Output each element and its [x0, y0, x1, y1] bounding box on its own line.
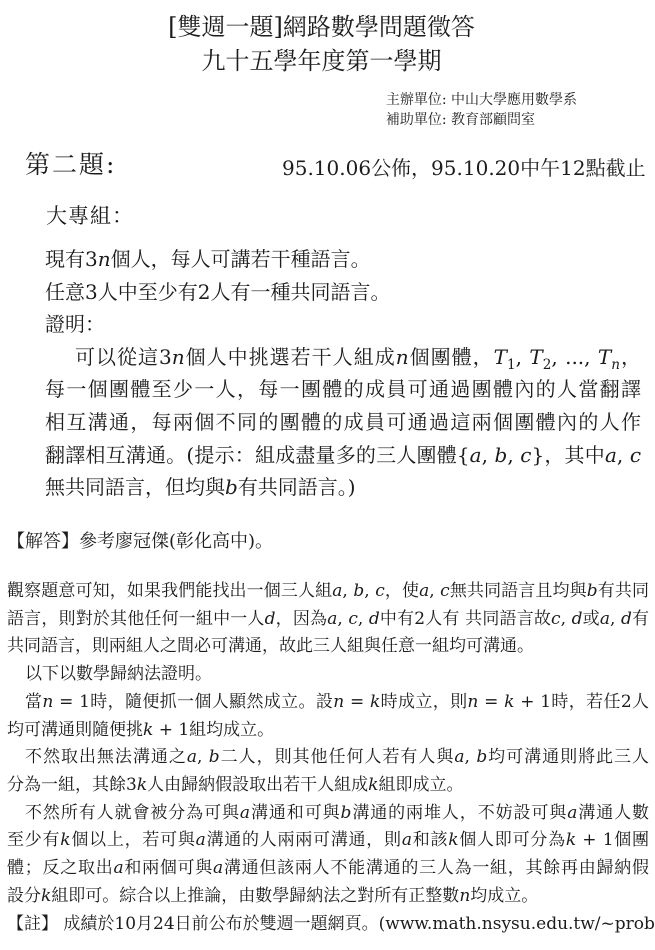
problem-line: 無共同語言，但均與b有共同語言。): [45, 471, 641, 504]
footer-note: 【註】 成績於10月24日前公布於雙週一題網頁。(www.math.nsysu.…: [7, 911, 651, 937]
solution-line: 分為一組，其餘3k人由歸納假設取出若干人組成k組即成立。: [7, 772, 649, 800]
solution-line: 共同語言，則兩組人之間必可溝通，故此三人組與任意一組均可溝通。: [7, 633, 649, 661]
solution-body: 觀察題意可知，如果我們能找出一個三人組a, b, c，使a, c無共同語言且均與…: [7, 578, 649, 910]
document-page: { "doc": { "title_line1": "[雙週一題]網路數學問題徵…: [0, 0, 655, 950]
problem-line: 每一個團體至少一人，每一團體的成員可通過團體內的人當翻譯: [45, 373, 641, 406]
solution-line: 觀察題意可知，如果我們能找出一個三人組a, b, c，使a, c無共同語言且均與…: [7, 578, 649, 606]
solution-line: 不然取出無法溝通之a, b二人，則其他任何人若有人與a, b均可溝通則將此三人: [7, 744, 649, 772]
solution-line: 以下以數學歸納法證明。: [7, 661, 649, 689]
solution-line: 體；反之取出a和兩個可與a溝通但該兩人不能溝通的三人為一組，其餘再由歸納假: [7, 855, 649, 883]
document-title-line2: 九十五學年度第一學期: [0, 44, 643, 78]
document-title: [雙週一題]網路數學問題徵答 九十五學年度第一學期: [0, 10, 643, 78]
problem-line: 證明：: [45, 308, 641, 341]
problem-statement: 現有3n個人，每人可講若干種語言。 任意3人中至少有2人有一種共同語言。 證明：…: [45, 243, 641, 504]
solution-line: 至少有k個以上，若可與a溝通的人兩兩可溝通，則a和該k個人即可分為k + 1個團: [7, 827, 649, 855]
problem-number-label: 第二題:: [25, 150, 116, 180]
organization-block: 主辦單位: 中山大學應用數學系 補助單位: 教育部顧問室: [386, 90, 577, 130]
group-label: 大專組：: [46, 202, 134, 230]
solution-line: 當n = 1時，隨便抓一個人顯然成立。設n = k時成立，則n = k + 1時…: [7, 689, 649, 717]
publish-deadline-dates: 95.10.06公佈，95.10.20中午12點截止: [282, 155, 646, 181]
organizer-line: 主辦單位: 中山大學應用數學系: [386, 90, 577, 110]
document-title-line1: [雙週一題]網路數學問題徵答: [0, 10, 643, 44]
solution-header: 【解答】參考廖冠傑(彰化高中)。: [7, 529, 273, 555]
problem-line: 任意3人中至少有2人有一種共同語言。: [45, 276, 641, 309]
solution-line: 語言，則對於其他任何一組中一人d，因為a, c, d中有2人有 共同語言故c, …: [7, 606, 649, 634]
solution-line: 不然所有人就會被分為可與a溝通和可與b溝通的兩堆人，不妨設可與a溝通人數: [7, 800, 649, 828]
problem-line: 現有3n個人，每人可講若干種語言。: [45, 243, 641, 276]
solution-line: 設分k組即可。綜合以上推論，由數學歸納法之對所有正整數n均成立。: [7, 883, 649, 911]
solution-line: 均可溝通則隨便挑k + 1組均成立。: [7, 717, 649, 745]
problem-line: 可以從這3n個人中挑選若干人組成n個團體，T1, T2, ..., Tn，: [45, 341, 641, 374]
problem-line: 相互溝通，每兩個不同的團體的成員可通過這兩個團體內的人作: [45, 406, 641, 439]
problem-line: 翻譯相互溝通。(提示：組成盡量多的三人團體{a, b, c}，其中a, c: [45, 439, 641, 472]
sponsor-line: 補助單位: 教育部顧問室: [386, 110, 577, 130]
